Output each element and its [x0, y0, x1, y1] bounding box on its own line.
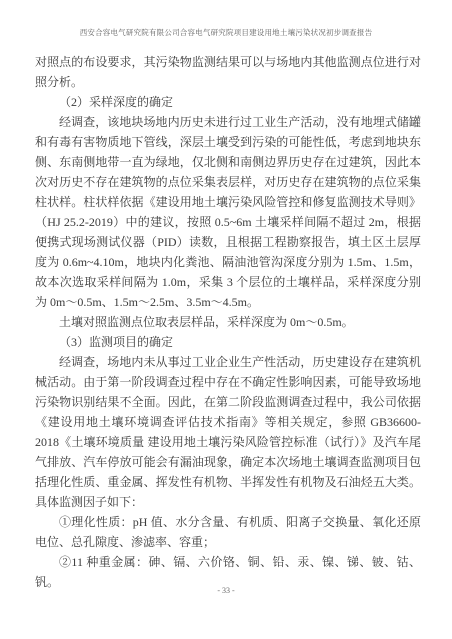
- page-header-title: 西安合容电气研究院有限公司合容电气研究院项目建设用地土壤污染状况初步调查报告: [0, 27, 452, 38]
- page-number: - 33 -: [0, 586, 452, 595]
- document-body: 对照点的布设要求，其污染物监测结果可以与场地内其他监测点位进行对照分析。 （2）…: [35, 52, 421, 592]
- paragraph-item-physicochemical: ①理化性质：pH 值、水分含量、有机质、阳离子交换量、氧化还原电位、总孔隙度、渗…: [35, 512, 421, 552]
- paragraph-monitoring-items-detail: 经调查，场地内未从事过工业企业生产性活动，历史建设存在建筑机械活动。由于第一阶段…: [35, 352, 421, 512]
- paragraph-sampling-depth-detail: 经调查，该地块场地内历史未进行过工业生产活动，没有地埋式储罐和有毒有害物质地下管…: [35, 112, 421, 312]
- section-heading-monitoring-items: （3）监测项目的确定: [35, 332, 421, 352]
- section-heading-sampling-depth: （2）采样深度的确定: [35, 92, 421, 112]
- paragraph-control-point-depth: 土壤对照监测点位取表层样品，采样深度为 0m～0.5m。: [35, 312, 421, 332]
- paragraph-continuation: 对照点的布设要求，其污染物监测结果可以与场地内其他监测点位进行对照分析。: [35, 52, 421, 92]
- report-page: 西安合容电气研究院有限公司合容电气研究院项目建设用地土壤污染状况初步调查报告 对…: [0, 0, 452, 639]
